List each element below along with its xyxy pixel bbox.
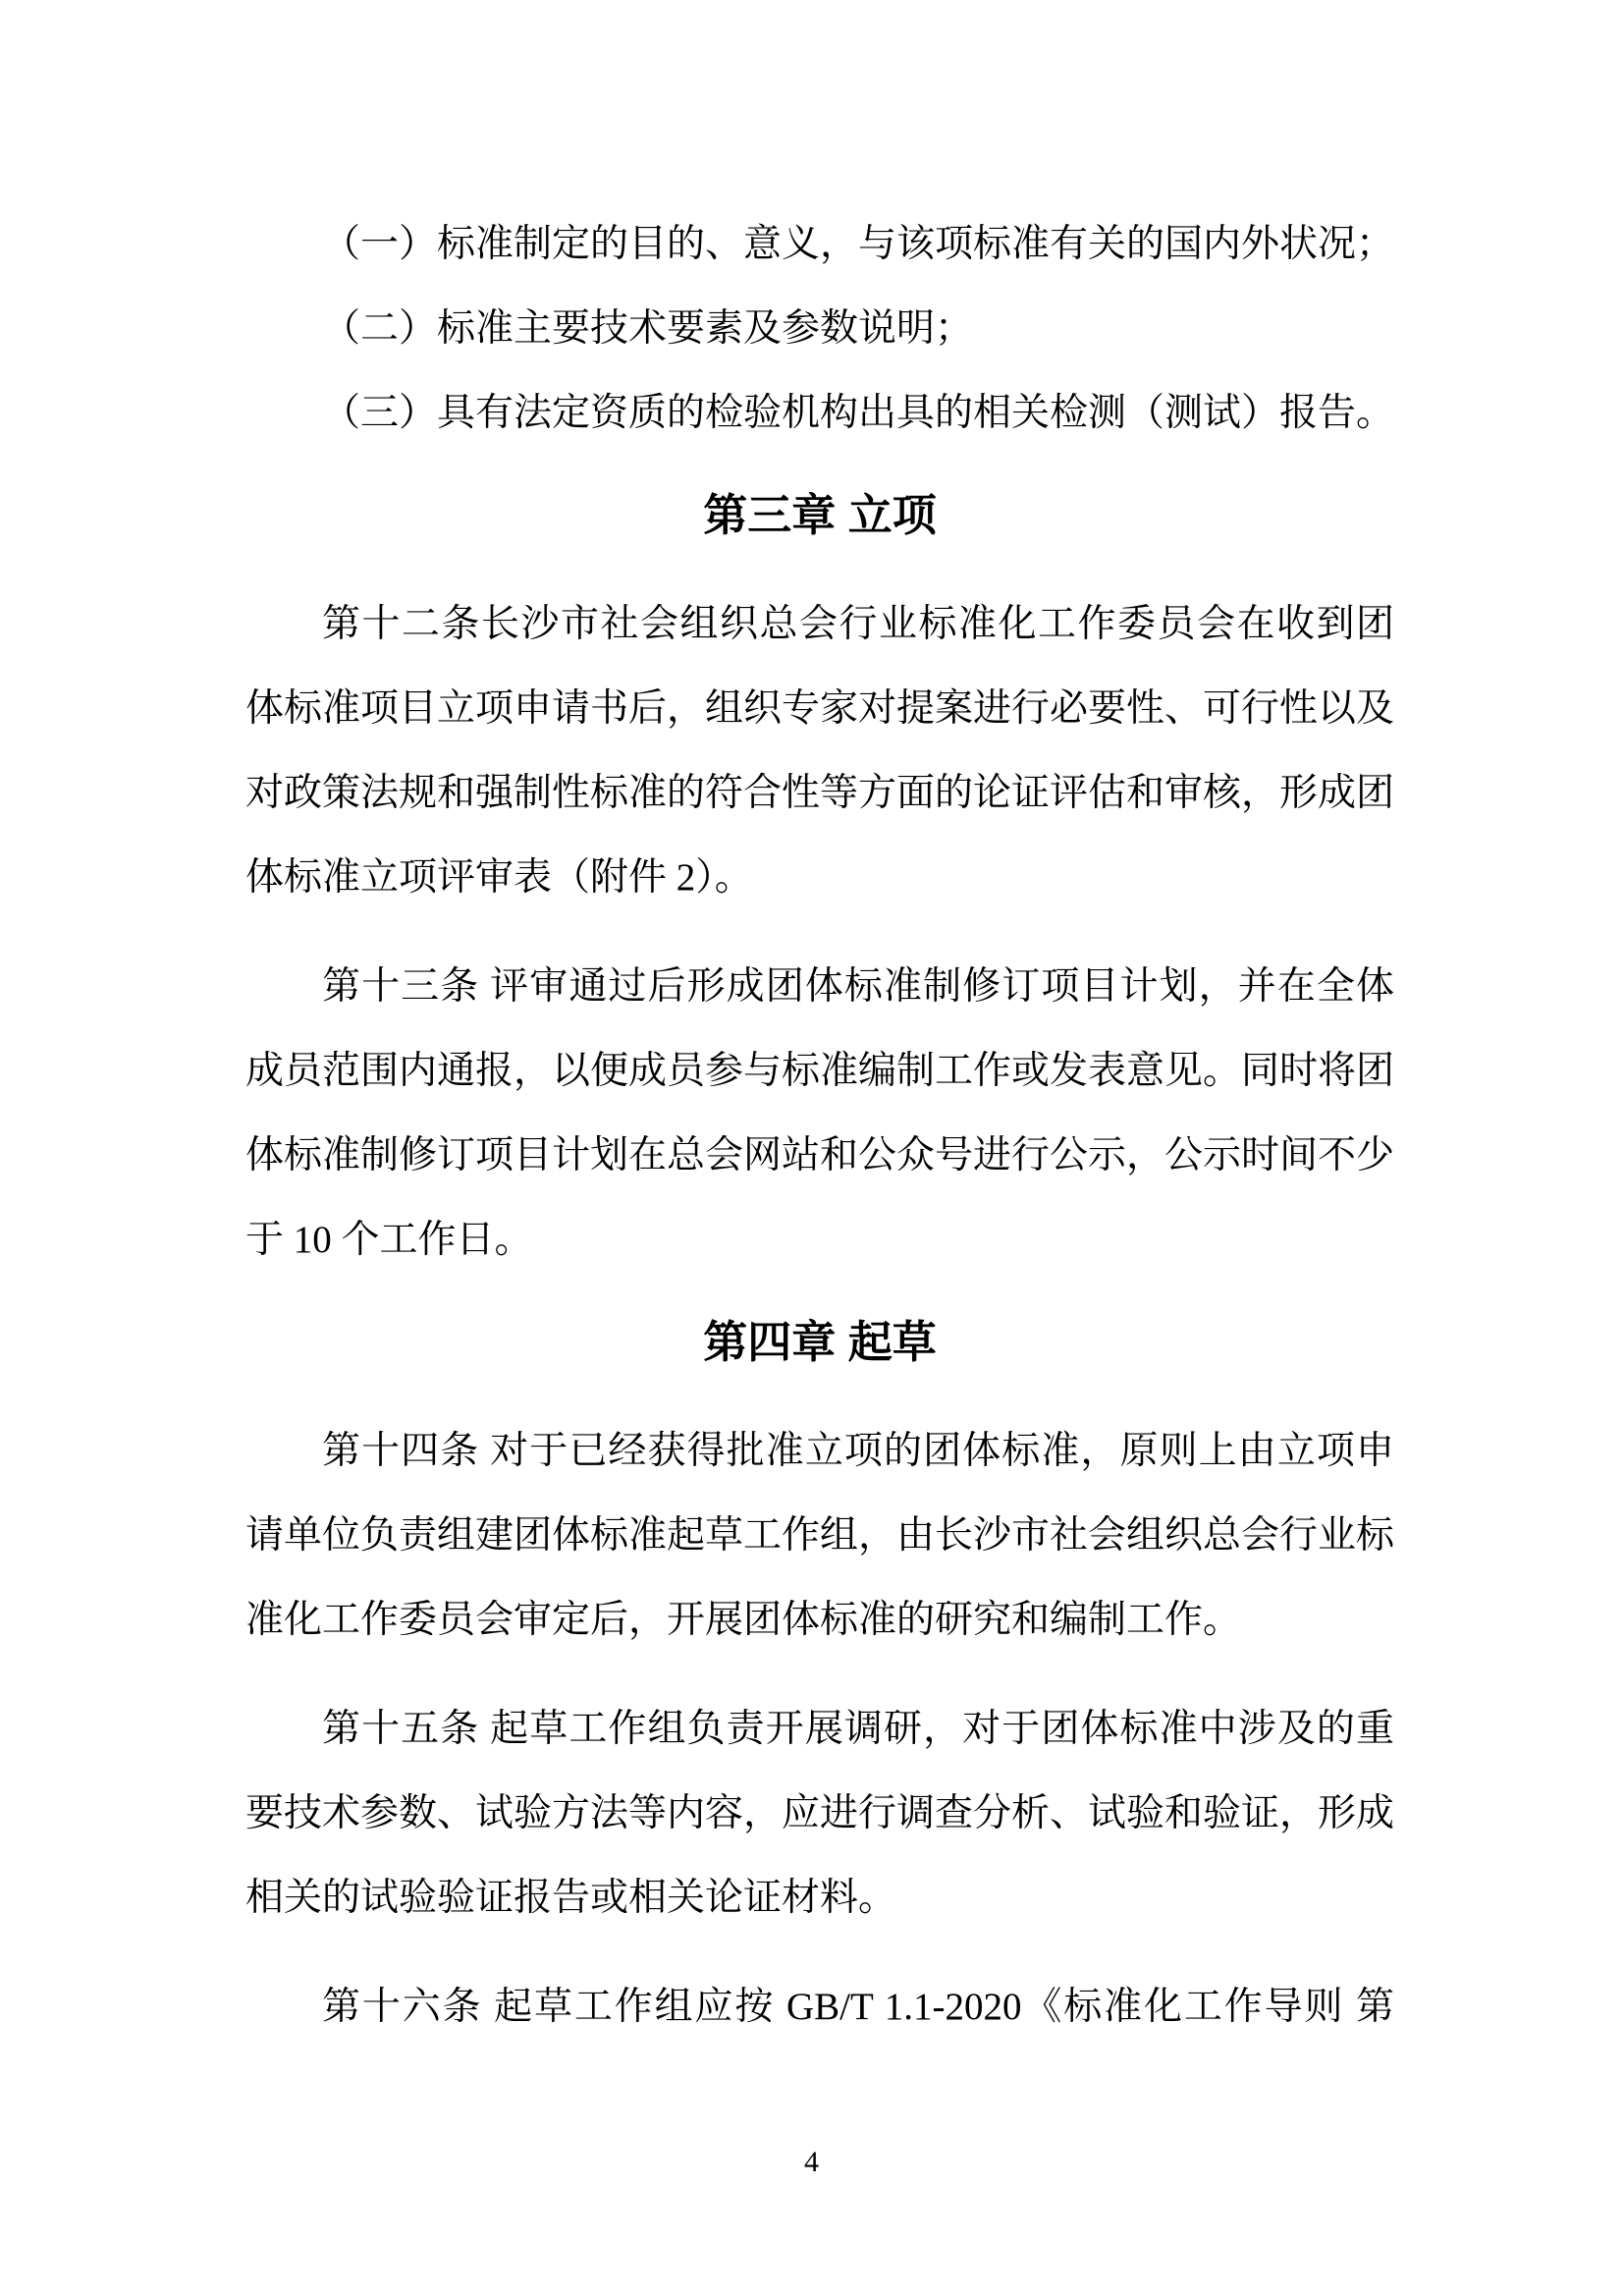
text-line: 请单位负责组建团体标准起草工作组，由长沙市社会组织总会行业标 <box>245 1494 1394 1578</box>
text-line: （一）标准制定的目的、意义，与该项标准有关的国内外状况； <box>245 202 1394 287</box>
article-14: 第十四条 对于已经获得批准立项的团体标准，原则上由立项申请单位负责组建团体标准起… <box>245 1409 1394 1663</box>
item-3: （三）具有法定资质的检验机构出具的相关检测（测试）报告。 <box>245 371 1394 456</box>
article-13: 第十三条 评审通过后形成团体标准制修订项目计划，并在全体成员范围内通报，以便成员… <box>245 945 1394 1283</box>
article-12: 第十二条长沙市社会组织总会行业标准化工作委员会在收到团体标准项目立项申请书后，组… <box>245 582 1394 920</box>
text-line: 第十三条 评审通过后形成团体标准制修订项目计划，并在全体 <box>245 945 1394 1029</box>
page-footer: 4 <box>0 2143 1623 2182</box>
document-page: （一）标准制定的目的、意义，与该项标准有关的国内外状况；（二）标准主要技术要素及… <box>0 0 1623 2296</box>
text-line: 第十四条 对于已经获得批准立项的团体标准，原则上由立项申 <box>245 1409 1394 1494</box>
chapter-heading-4: 第四章 起草 <box>245 1300 1394 1385</box>
text-line: 相关的试验验证报告或相关论证材料。 <box>245 1856 1394 1941</box>
text-line: 准化工作委员会审定后，开展团体标准的研究和编制工作。 <box>245 1578 1394 1663</box>
text-line: 要技术参数、试验方法等内容，应进行调查分析、试验和验证，形成 <box>245 1772 1394 1856</box>
text-line: 第十六条 起草工作组应按 GB/T 1.1-2020《标准化工作导则 第 <box>245 1965 1394 2050</box>
article-16: 第十六条 起草工作组应按 GB/T 1.1-2020《标准化工作导则 第 <box>245 1965 1394 2050</box>
text-line: 第十二条长沙市社会组织总会行业标准化工作委员会在收到团 <box>245 582 1394 667</box>
page-number: 4 <box>804 2146 819 2178</box>
text-line: （三）具有法定资质的检验机构出具的相关检测（测试）报告。 <box>245 371 1394 456</box>
text-line: 于 10 个工作日。 <box>245 1198 1394 1283</box>
article-15: 第十五条 起草工作组负责开展调研，对于团体标准中涉及的重要技术参数、试验方法等内… <box>245 1687 1394 1941</box>
chapter-heading-3: 第三章 立项 <box>245 473 1394 558</box>
text-line: 体标准立项评审表（附件 2）。 <box>245 836 1394 920</box>
text-line: 体标准项目立项申请书后，组织专家对提案进行必要性、可行性以及 <box>245 667 1394 751</box>
text-line: （二）标准主要技术要素及参数说明； <box>245 287 1394 371</box>
text-line: 第十五条 起草工作组负责开展调研，对于团体标准中涉及的重 <box>245 1687 1394 1772</box>
text-line: 体标准制修订项目计划在总会网站和公众号进行公示，公示时间不少 <box>245 1114 1394 1198</box>
text-line: 成员范围内通报，以便成员参与标准编制工作或发表意见。同时将团 <box>245 1029 1394 1114</box>
item-2: （二）标准主要技术要素及参数说明； <box>245 287 1394 371</box>
text-line: 对政策法规和强制性标准的符合性等方面的论证评估和审核，形成团 <box>245 751 1394 836</box>
document-body: （一）标准制定的目的、意义，与该项标准有关的国内外状况；（二）标准主要技术要素及… <box>245 202 1394 2050</box>
item-1: （一）标准制定的目的、意义，与该项标准有关的国内外状况； <box>245 202 1394 287</box>
